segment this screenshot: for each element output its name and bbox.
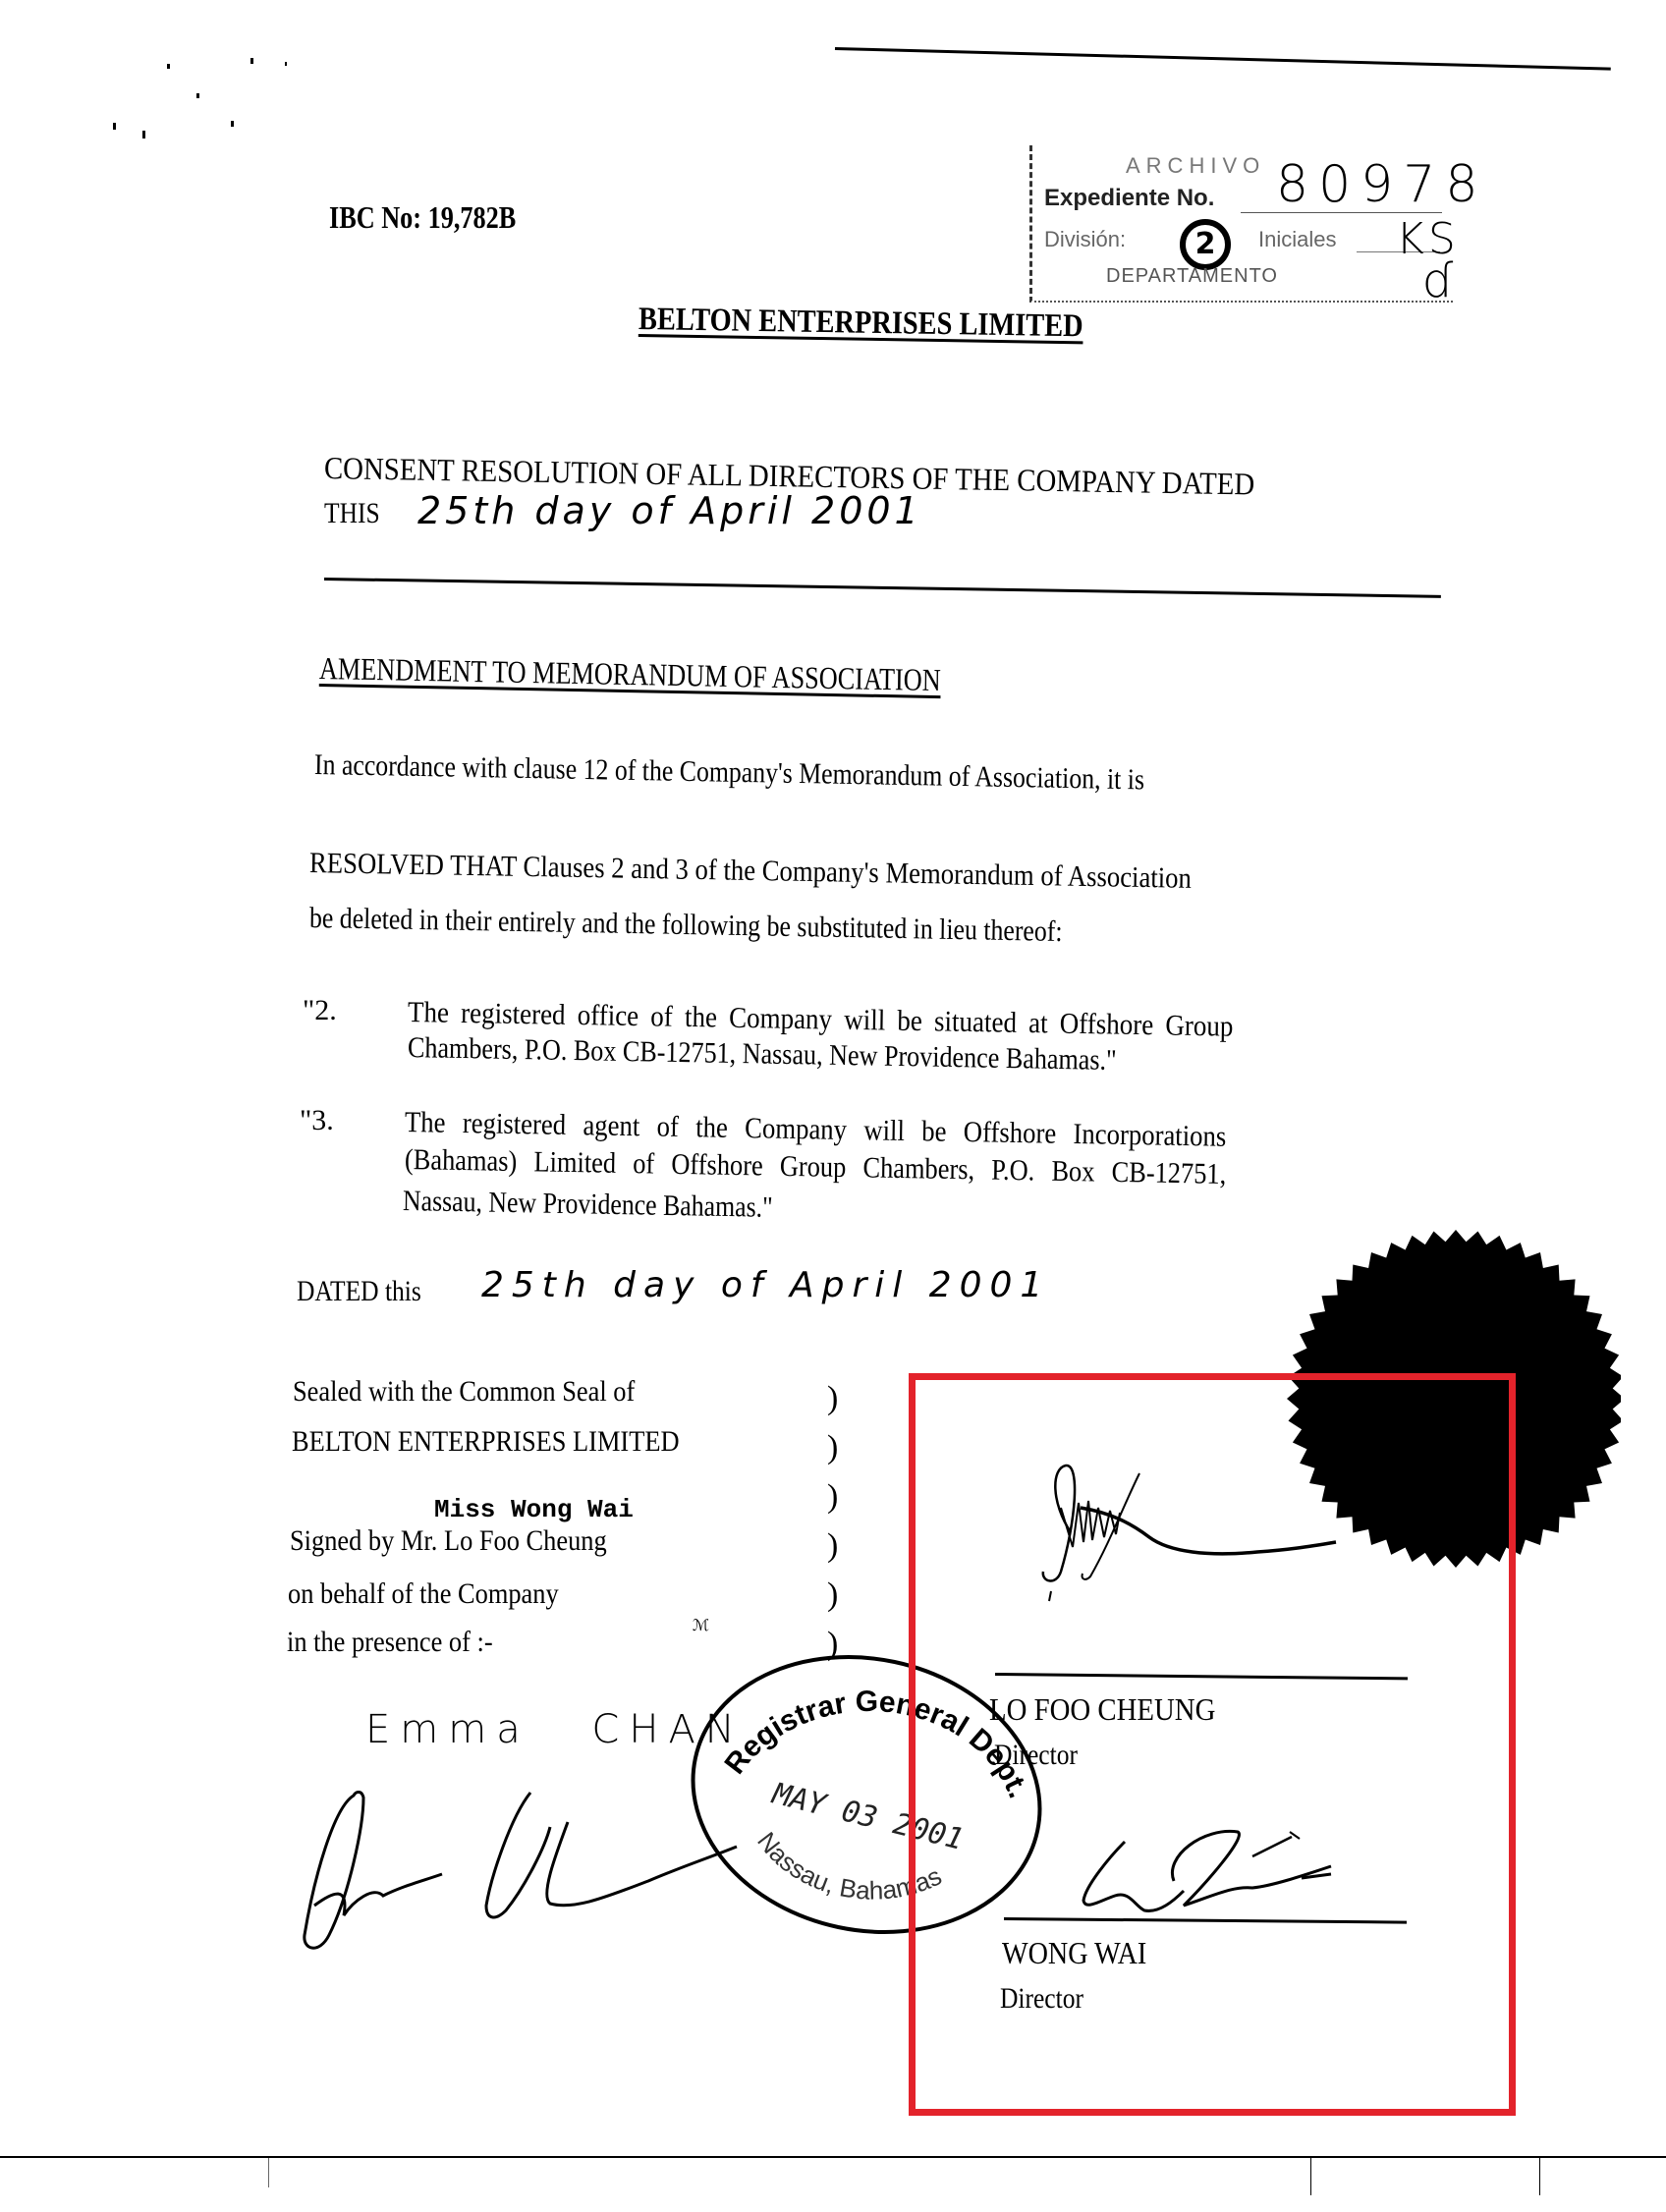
- stamp-division-label: División:: [1044, 227, 1126, 252]
- amendment-intro: In accordance with clause 12 of the Comp…: [314, 748, 1144, 797]
- paren-1: ): [827, 1380, 838, 1417]
- resolution-rule: [324, 578, 1441, 598]
- stamp-initials-label: Iniciales: [1258, 227, 1336, 252]
- sealing-typed-name: Miss Wong Wai: [434, 1495, 634, 1524]
- sealing-line-1: Sealed with the Common Seal of: [293, 1375, 635, 1409]
- scan-speckles: [83, 54, 300, 152]
- stamp-top-text: ARCHIVO: [1126, 153, 1265, 179]
- circled-two-icon: 2: [1180, 219, 1231, 270]
- sealing-line-5: on behalf of the Company: [288, 1577, 559, 1611]
- scan-tick-2: [1539, 2158, 1540, 2195]
- sealing-line-6: in the presence of :-: [287, 1626, 493, 1659]
- archive-stamp: ARCHIVO Expediente No. 80978 División: 2…: [1029, 145, 1453, 303]
- sealing-line-4: Signed by Mr. Lo Foo Cheung: [290, 1524, 607, 1558]
- scan-tick-3: [268, 2158, 269, 2187]
- witness-signature: [295, 1788, 747, 1964]
- scan-edge-line-bottom: [0, 2156, 1666, 2158]
- paren-3: ): [827, 1478, 838, 1516]
- paren-4: ): [827, 1527, 838, 1565]
- resolved-line-1: RESOLVED THAT Clauses 2 and 3 of the Com…: [309, 847, 1192, 896]
- resolved-line-2: be deleted in their entirely and the fol…: [309, 902, 1063, 949]
- paren-2: ): [827, 1429, 838, 1466]
- stamp-department-text: DEPARTAMENTO: [1106, 265, 1278, 288]
- clause-2-number: "2.: [303, 994, 337, 1027]
- clause-3-line-3: Nassau, New Providence Bahamas.": [403, 1185, 773, 1225]
- dated-label: DATED this: [297, 1275, 421, 1308]
- resolution-this-label: THIS: [324, 497, 380, 530]
- clause-3-number: "3.: [300, 1104, 334, 1137]
- stamp-flourish: ɗ: [1420, 253, 1459, 308]
- company-title: BELTON ENTERPRISES LIMITED: [639, 302, 1083, 345]
- scan-tick-1: [1310, 2158, 1311, 2195]
- pen-mark: ℳ: [693, 1616, 713, 1634]
- ibc-number: IBC No: 19,782B: [329, 199, 516, 236]
- resolution-handwritten-date: 25th day of April 2001: [417, 489, 922, 532]
- stamp-expediente-label: Expediente No.: [1044, 185, 1214, 212]
- scan-edge-line-top: [835, 47, 1611, 71]
- paren-5: ): [827, 1576, 838, 1614]
- stamp-expediente-number: 80978: [1276, 155, 1487, 214]
- signatory-highlight-box: [909, 1373, 1516, 2116]
- sealing-line-2: BELTON ENTERPRISES LIMITED: [292, 1425, 680, 1459]
- dated-handwritten-date: 25th day of April 2001: [481, 1265, 1050, 1305]
- amendment-heading: AMENDMENT TO MEMORANDUM OF ASSOCIATION: [319, 650, 941, 698]
- stamp-division-mark: 2: [1195, 227, 1216, 261]
